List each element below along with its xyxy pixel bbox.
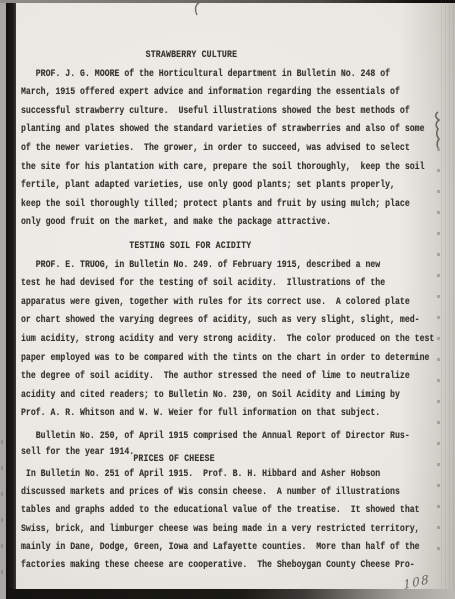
section-strawberry-culture: STRAWBERRY CULTURE PROF. J. G. MOORE of … (21, 47, 441, 233)
text-line: Bulletin No. 250, of April 1915 comprise… (21, 429, 441, 445)
text-line: In Bulletin No. 251 of April 1915. Prof.… (21, 466, 441, 484)
text-line: only good fruit on the market, and make … (21, 214, 441, 233)
text-line: tables and graphs added to the education… (21, 502, 441, 520)
section-heading: TESTING SOIL FOR ACIDITY (21, 238, 441, 257)
text-line: mainly in Dane, Dodge, Green, Iowa and L… (21, 539, 441, 557)
text-line: keep the soil thoroughly tilled; protect… (21, 196, 441, 215)
text-line: the degree of soil acidity. The author s… (21, 368, 441, 387)
text-line: Prof. A. R. Whitson and W. W. Weier for … (21, 405, 441, 424)
text-line: factories making these cheese are cooper… (21, 557, 441, 575)
section-testing-soil-for-acidity: TESTING SOIL FOR ACIDITY PROF. E. TRUOG,… (21, 238, 441, 424)
pen-mark-icon (190, 1, 204, 22)
text-line: or chart showed the varying degrees of a… (21, 312, 441, 331)
text-line: of the newer varieties. The grower, in o… (21, 140, 441, 159)
text-line: ium acidity, strong acidity and very str… (21, 331, 441, 350)
section-heading: PRICES OF CHEESE (21, 454, 441, 466)
text-line: fertile, plant adapted varieties, use on… (21, 177, 441, 196)
margin-tick-marks-left (1, 440, 3, 585)
section-heading: STRAWBERRY CULTURE (21, 47, 441, 66)
text-line: successful strawberry culture. Useful il… (21, 103, 441, 122)
text-line: the site for his plantation with care, p… (21, 159, 441, 178)
page-edge-streaks (441, 0, 455, 599)
scanned-document-page: STRAWBERRY CULTURE PROF. J. G. MOORE of … (0, 0, 455, 599)
text-line: acidity and cited readers; to Bulletin N… (21, 387, 441, 406)
text-line: apparatus were given, together with rule… (21, 294, 441, 313)
film-edge-top (0, 0, 455, 3)
text-line: test he had devised for the testing of s… (21, 275, 441, 294)
text-line: Swiss, brick, and limburger cheese was b… (21, 521, 441, 539)
text-line: PROF. E. TRUOG, in Bulletin No. 249. of … (21, 257, 441, 276)
text-line: PROF. J. G. MOORE of the Horticultural d… (21, 66, 441, 85)
text-line: paper employed was to be compared with t… (21, 350, 441, 369)
film-edge-left-black (6, 0, 16, 599)
film-edge-bottom (10, 589, 455, 599)
text-line: planting and plates showed the standard … (21, 121, 441, 140)
margin-bleedthrough-marks (437, 148, 440, 560)
text-line: discussed markets and prices of Wis cons… (21, 484, 441, 502)
section-prices-of-cheese: PRICES OF CHEESE In Bulletin No. 251 of … (21, 454, 441, 575)
text-line: March, 1915 offered expert advice and in… (21, 84, 441, 103)
